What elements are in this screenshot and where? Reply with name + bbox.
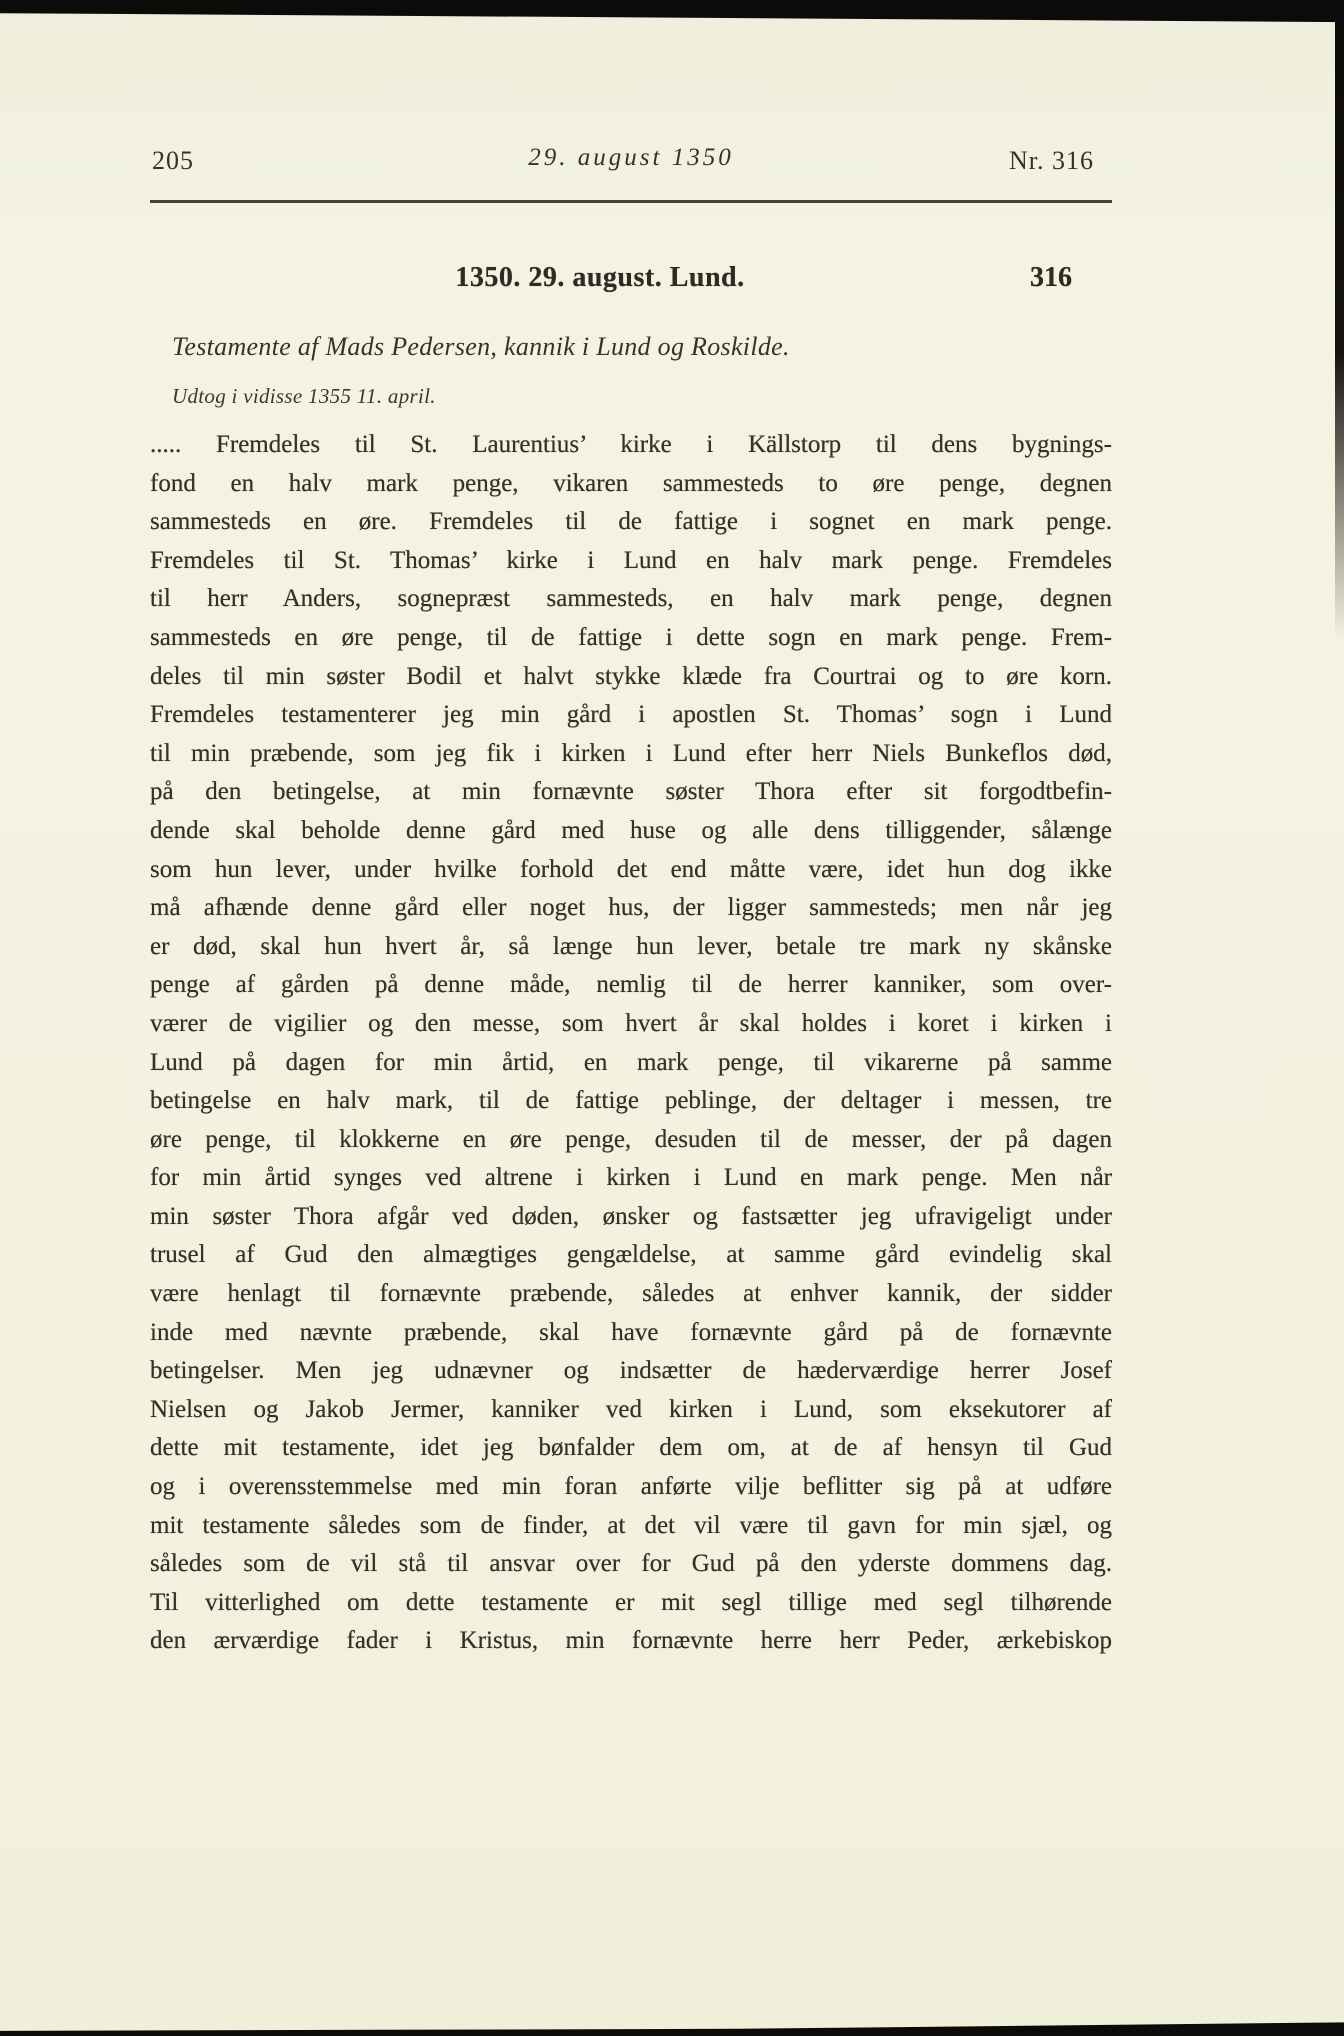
body-text-line: Fremdeles til St. Thomas’ kirke i Lund e…	[150, 542, 1112, 581]
body-text-line: til min præbende, som jeg fik i kirken i…	[150, 735, 1112, 774]
body-text-line: betingelse en halv mark, til de fattige …	[150, 1082, 1112, 1121]
body-text-line: øre penge, til klokkerne en øre penge, d…	[150, 1121, 1112, 1160]
document-body: ..... Fremdeles til St. Laurentius’ kirk…	[150, 426, 1112, 1661]
document-subtitle: Testamente af Mads Pedersen, kannik i Lu…	[172, 332, 1112, 362]
body-text-line: som hun lever, under hvilke forhold det …	[150, 851, 1112, 890]
document-title: 1350. 29. august. Lund.	[72, 262, 1128, 294]
body-text-line: trusel af Gud den almægtiges gengældelse…	[150, 1236, 1112, 1275]
body-text-line: på den betingelse, at min fornævnte søst…	[150, 773, 1112, 812]
scan-artifact-right-edge	[1335, 0, 1344, 640]
body-text-line: er død, skal hun hvert år, så længe hun …	[150, 928, 1112, 967]
scanned-book-page: 205 29. august 1350 Nr. 316 1350. 29. au…	[0, 0, 1344, 2036]
body-text-line: ..... Fremdeles til St. Laurentius’ kirk…	[150, 426, 1112, 465]
body-text-line: Til vitterlighed om dette testamente er …	[150, 1584, 1112, 1623]
body-text-line: sammesteds en øre. Fremdeles til de fatt…	[150, 503, 1112, 542]
body-text-line: må afhænde denne gård eller noget hus, d…	[150, 889, 1112, 928]
body-text-line: dende skal beholde denne gård med huse o…	[150, 812, 1112, 851]
running-header: 205 29. august 1350 Nr. 316	[150, 144, 1112, 184]
body-text-line: dette mit testamente, idet jeg bønfalder…	[150, 1429, 1112, 1468]
body-text-line: betingelser. Men jeg udnævner og indsætt…	[150, 1352, 1112, 1391]
header-rule	[150, 200, 1112, 203]
body-text-line: penge af gården på denne måde, nemlig ti…	[150, 966, 1112, 1005]
body-text-line: for min årtid synges ved altrene i kirke…	[150, 1159, 1112, 1198]
body-text-line: min søster Thora afgår ved døden, ønsker…	[150, 1198, 1112, 1237]
header-document-number: Nr. 316	[1009, 146, 1094, 176]
body-text-line: og i overensstemmelse med min foran anfø…	[150, 1468, 1112, 1507]
scan-artifact-top-edge	[0, 0, 1344, 24]
body-text-line: være henlagt til fornævnte præbende, sål…	[150, 1275, 1112, 1314]
document-number: 316	[1030, 262, 1072, 294]
body-text-line: Fremdeles testamenterer jeg min gård i a…	[150, 696, 1112, 735]
body-text-line: fond en halv mark penge, vikaren sammest…	[150, 465, 1112, 504]
body-text-line: inde med nævnte præbende, skal have forn…	[150, 1314, 1112, 1353]
body-text-line: den ærværdige fader i Kristus, min fornæ…	[150, 1622, 1112, 1661]
body-text-line: sammesteds en øre penge, til de fattige …	[150, 619, 1112, 658]
body-text-line: mit testamente således som de finder, at…	[150, 1507, 1112, 1546]
body-text-line: Nielsen og Jakob Jermer, kanniker ved ki…	[150, 1391, 1112, 1430]
body-text-line: til herr Anders, sognepræst sammesteds, …	[150, 580, 1112, 619]
body-text-line: således som de vil stå til ansvar over f…	[150, 1545, 1112, 1584]
document-source-note: Udtog i vidisse 1355 11. april.	[172, 384, 1112, 409]
scan-artifact-bottom-edge	[0, 2020, 1344, 2036]
body-text-line: værer de vigilier og den messe, som hver…	[150, 1005, 1112, 1044]
body-text-line: deles til min søster Bodil et halvt styk…	[150, 658, 1112, 697]
running-title: 29. august 1350	[150, 144, 1112, 172]
body-text-line: Lund på dagen for min årtid, en mark pen…	[150, 1044, 1112, 1083]
